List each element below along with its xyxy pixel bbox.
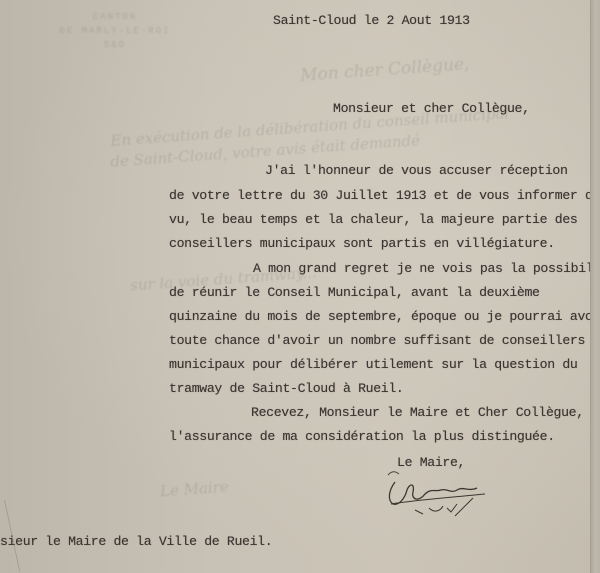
municipal-stamp: CANTON DE MARLY-LE-ROI S&O	[40, 10, 190, 52]
body-line: J'ai l'honneur de vous accuser réception	[265, 163, 568, 178]
body-line: conseillers municipaux sont partis en vi…	[169, 236, 555, 251]
body-line: A mon grand regret je ne vois pas la pos…	[253, 261, 600, 276]
body-line: vu, le beau temps et la chaleur, la maje…	[169, 212, 577, 227]
page-edge	[590, 0, 600, 573]
body-line: toute chance d'avoir un nombre suffisant…	[169, 333, 585, 348]
salutation: Monsieur et cher Collègue,	[333, 101, 530, 116]
body-line: l'assurance de ma considération la plus …	[169, 429, 555, 444]
letter-paper: CANTON DE MARLY-LE-ROI S&O Mon cher Coll…	[0, 0, 600, 573]
bleed-through-text: Mon cher Collègue,	[300, 54, 471, 86]
date-line: Saint-Cloud le 2 Aout 1913	[273, 13, 470, 28]
body-line: quinzaine du mois de septembre, époque o…	[169, 309, 600, 324]
body-line: Recevez, Monsieur le Maire et Cher Collè…	[251, 405, 584, 420]
bleed-through-text: Le Maire	[159, 478, 229, 501]
stamp-line: DE MARLY-LE-ROI	[40, 24, 190, 38]
closing-title: Le Maire,	[397, 455, 465, 470]
body-line: municipaux pour délibérer utilement sur …	[169, 357, 577, 372]
body-line: de réunir le Conseil Municipal, avant la…	[169, 285, 540, 300]
body-line: de votre lettre du 30 Juillet 1913 et de…	[169, 188, 600, 203]
stamp-line: CANTON	[40, 10, 190, 24]
body-line: tramway de Saint-Cloud à Rueil.	[169, 381, 403, 396]
addressee-line: sieur le Maire de la Ville de Rueil.	[0, 534, 272, 549]
signature-icon	[385, 470, 495, 520]
stamp-line: S&O	[40, 38, 190, 52]
